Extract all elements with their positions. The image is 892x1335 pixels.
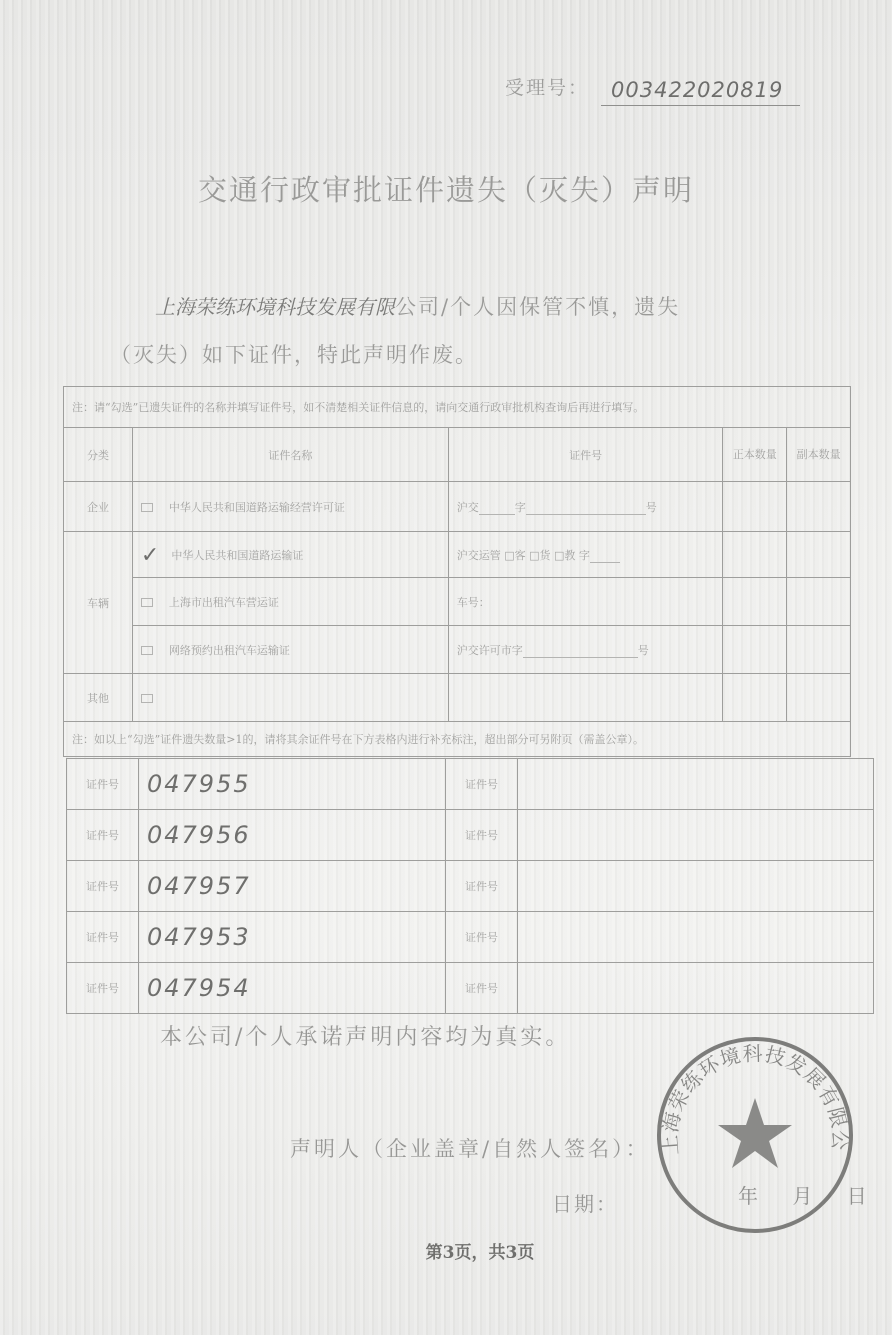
row-category: 企业 xyxy=(64,482,133,532)
supplement-value-right[interactable] xyxy=(518,963,874,1014)
table-note: 注：请“勾选”已遗失证件的名称并填写证件号，如不清楚相关证件信息的，请向交通行政… xyxy=(64,387,851,428)
header-number: 证件号 xyxy=(448,428,723,482)
certificate-number-cell[interactable] xyxy=(448,674,723,722)
table-row: 企业 中华人民共和国道路运输经营许可证 沪交字号 xyxy=(64,482,851,532)
table-row: 证件号 047953 证件号 xyxy=(67,912,874,963)
certificate-number-cell[interactable]: 沪交字号 xyxy=(448,482,723,532)
date-label: 日期： xyxy=(552,1188,618,1217)
header-original-count: 正本数量 xyxy=(723,428,787,482)
row-category: 车辆 xyxy=(64,532,133,674)
table-row: 证件号 047954 证件号 xyxy=(67,963,874,1014)
copy-count-cell[interactable] xyxy=(787,626,851,674)
supplement-label: 证件号 xyxy=(446,963,518,1014)
supplement-value-right[interactable] xyxy=(518,810,874,861)
header-name: 证件名称 xyxy=(132,428,448,482)
table-note-2: 注：如以上“勾选”证件遗失数量>1的，请将其余证件号在下方表格内进行补充标注，超… xyxy=(64,722,851,757)
certificate-name: 中华人民共和国道路运输经营许可证 xyxy=(169,501,345,514)
copy-count-cell[interactable] xyxy=(787,532,851,578)
certificate-name: 中华人民共和国道路运输证 xyxy=(171,549,303,562)
original-count-cell[interactable] xyxy=(723,626,787,674)
supplement-label: 证件号 xyxy=(446,861,518,912)
certificate-number-cell[interactable]: 沪交运管 □客 □货 □教 字 xyxy=(448,532,723,578)
certificate-number-cell[interactable]: 车号： xyxy=(448,578,723,626)
supplement-value-left[interactable]: 047957 xyxy=(139,861,446,912)
intro-paragraph: 上海荣练环境科技发展有限公司/个人因保管不慎，遗失 （灭失）如下证件，特此声明作… xyxy=(110,283,810,379)
supplement-label: 证件号 xyxy=(446,912,518,963)
supplement-value-left[interactable]: 047955 xyxy=(139,759,446,810)
declarant-label: 声明人（企业盖章/自然人签名）： xyxy=(290,1133,650,1163)
original-count-cell[interactable] xyxy=(723,674,787,722)
table-row: 证件号 047955 证件号 xyxy=(67,759,874,810)
copy-count-cell[interactable] xyxy=(787,482,851,532)
header-copy-count: 副本数量 xyxy=(787,428,851,482)
header-category: 分类 xyxy=(64,428,133,482)
checkbox[interactable] xyxy=(141,503,153,512)
lost-certificates-table: 注：请“勾选”已遗失证件的名称并填写证件号，如不清楚相关证件信息的，请向交通行政… xyxy=(63,386,851,757)
promise-statement: 本公司/个人承诺声明内容均为真实。 xyxy=(160,1020,570,1051)
acceptance-number-row: 受理号： 003422020819 xyxy=(505,70,800,106)
company-seal-icon: 上海荣练环境科技发展有限公司 xyxy=(650,1030,860,1240)
intro-line1-suffix: 公司/个人因保管不慎，遗失 xyxy=(395,295,680,319)
intro-line2: （灭失）如下证件，特此声明作废。 xyxy=(110,331,810,379)
checkbox[interactable] xyxy=(141,694,153,703)
copy-count-cell[interactable] xyxy=(787,578,851,626)
checkbox[interactable] xyxy=(141,598,153,607)
supplement-value-right[interactable] xyxy=(518,759,874,810)
table-row: 网络预约出租汽车运输证 沪交许可市字号 xyxy=(64,626,851,674)
supplement-value-right[interactable] xyxy=(518,912,874,963)
original-count-cell[interactable] xyxy=(723,532,787,578)
copy-count-cell[interactable] xyxy=(787,674,851,722)
original-count-cell[interactable] xyxy=(723,578,787,626)
table-row: 其他 xyxy=(64,674,851,722)
supplement-label: 证件号 xyxy=(67,810,139,861)
page-number: 第3页，共3页 xyxy=(0,1238,892,1263)
supplement-label: 证件号 xyxy=(446,759,518,810)
supplement-table: 证件号 047955 证件号 证件号 047956 证件号 证件号 047957… xyxy=(66,758,874,1014)
company-name-handwritten: 上海荣练环境科技发展有限 xyxy=(155,295,395,319)
supplement-value-left[interactable]: 047956 xyxy=(139,810,446,861)
table-row: 上海市出租汽车营运证 车号： xyxy=(64,578,851,626)
acceptance-number: 003422020819 xyxy=(601,75,800,106)
supplement-label: 证件号 xyxy=(67,963,139,1014)
supplement-label: 证件号 xyxy=(67,912,139,963)
original-count-cell[interactable] xyxy=(723,482,787,532)
certificate-name: 网络预约出租汽车运输证 xyxy=(169,644,290,657)
supplement-value-right[interactable] xyxy=(518,861,874,912)
checkbox[interactable] xyxy=(141,646,153,655)
supplement-value-left[interactable]: 047953 xyxy=(139,912,446,963)
table-row: 证件号 047957 证件号 xyxy=(67,861,874,912)
supplement-label: 证件号 xyxy=(67,861,139,912)
supplement-label: 证件号 xyxy=(67,759,139,810)
certificate-number-cell[interactable]: 沪交许可市字号 xyxy=(448,626,723,674)
supplement-label: 证件号 xyxy=(446,810,518,861)
supplement-value-left[interactable]: 047954 xyxy=(139,963,446,1014)
row-category: 其他 xyxy=(64,674,133,722)
certificate-name: 上海市出租汽车营运证 xyxy=(169,596,279,609)
acceptance-label: 受理号： xyxy=(505,73,589,106)
checkmark-icon[interactable]: ✓ xyxy=(141,543,159,568)
table-row: 证件号 047956 证件号 xyxy=(67,810,874,861)
document-title: 交通行政审批证件遗失（灭失）声明 xyxy=(0,168,892,209)
table-row: 车辆 ✓中华人民共和国道路运输证 沪交运管 □客 □货 □教 字 xyxy=(64,532,851,578)
